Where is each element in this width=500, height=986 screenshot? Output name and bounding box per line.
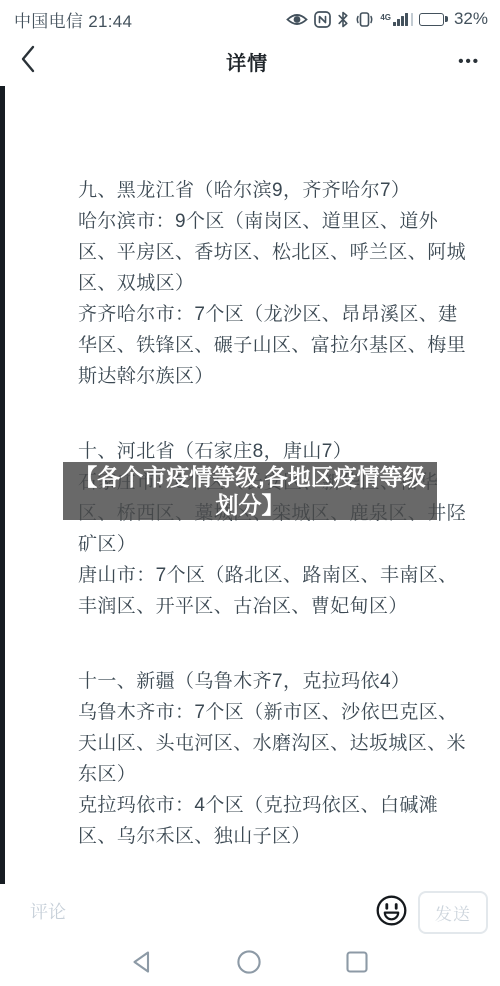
nav-bar: 详情 ••• <box>0 36 500 86</box>
status-icons: 4G 32% <box>286 9 488 29</box>
city-districts: 哈尔滨市：9个区（南岗区、道里区、道外区、平房区、香坊区、松北区、呼兰区、阿城区… <box>78 206 470 299</box>
android-nav-bar <box>0 940 500 986</box>
city-districts: 唐山市：7个区（路北区、路南区、丰南区、丰润区、开平区、古冶区、曹妃甸区） <box>78 560 470 622</box>
send-button[interactable]: 发送 <box>418 891 488 934</box>
emoji-icon[interactable] <box>375 894 408 930</box>
city-districts: 乌鲁木齐市：7个区（新市区、沙依巴克区、天山区、头屯河区、水磨沟区、达坂城区、米… <box>78 697 470 790</box>
android-recents-icon[interactable] <box>344 949 370 978</box>
phone-screen: 中国电信 21:44 4G <box>0 0 500 986</box>
section-xinjiang: 十一、新疆（乌鲁木齐7，克拉玛依4） 乌鲁木齐市：7个区（新市区、沙依巴克区、天… <box>78 666 470 852</box>
comment-bar: 发送 <box>0 884 500 940</box>
android-home-icon[interactable] <box>236 949 262 978</box>
section-heading: 十一、新疆（乌鲁木齐7，克拉玛依4） <box>78 666 470 697</box>
vibrate-mode-icon <box>355 11 374 28</box>
section-heading: 九、黑龙江省（哈尔滨9，齐齐哈尔7） <box>78 175 470 206</box>
status-bar: 中国电信 21:44 4G <box>0 0 500 36</box>
signal-bars-sim2 <box>411 13 414 26</box>
section-heilongjiang: 九、黑龙江省（哈尔滨9，齐齐哈尔7） 哈尔滨市：9个区（南岗区、道里区、道外区、… <box>78 175 470 392</box>
bluetooth-icon <box>337 11 349 28</box>
nfc-icon <box>314 11 331 28</box>
battery-icon <box>419 13 448 26</box>
city-districts: 克拉玛依市：4个区（克拉玛依区、白碱滩区、乌尔禾区、独山子区） <box>78 790 470 852</box>
battery-percent: 32% <box>454 9 488 29</box>
signal-bars-sim1 <box>393 13 408 26</box>
carrier-and-time: 中国电信 21:44 <box>14 7 132 32</box>
watermark-overlay: 【各个市疫情等级,各地区疫情等级划分】 <box>63 462 437 520</box>
page-title: 详情 <box>226 47 268 76</box>
comment-input[interactable] <box>28 901 369 924</box>
cellular-signal-icon: 4G <box>380 13 413 26</box>
signal-4g-label: 4G <box>380 14 391 22</box>
more-menu-icon[interactable]: ••• <box>458 53 480 70</box>
android-back-icon[interactable] <box>130 949 154 978</box>
back-icon[interactable] <box>20 44 36 79</box>
city-districts: 齐齐哈尔市：7个区（龙沙区、昂昂溪区、建华区、铁锋区、碾子山区、富拉尔基区、梅里… <box>78 299 470 392</box>
eye-protection-icon <box>286 12 308 27</box>
